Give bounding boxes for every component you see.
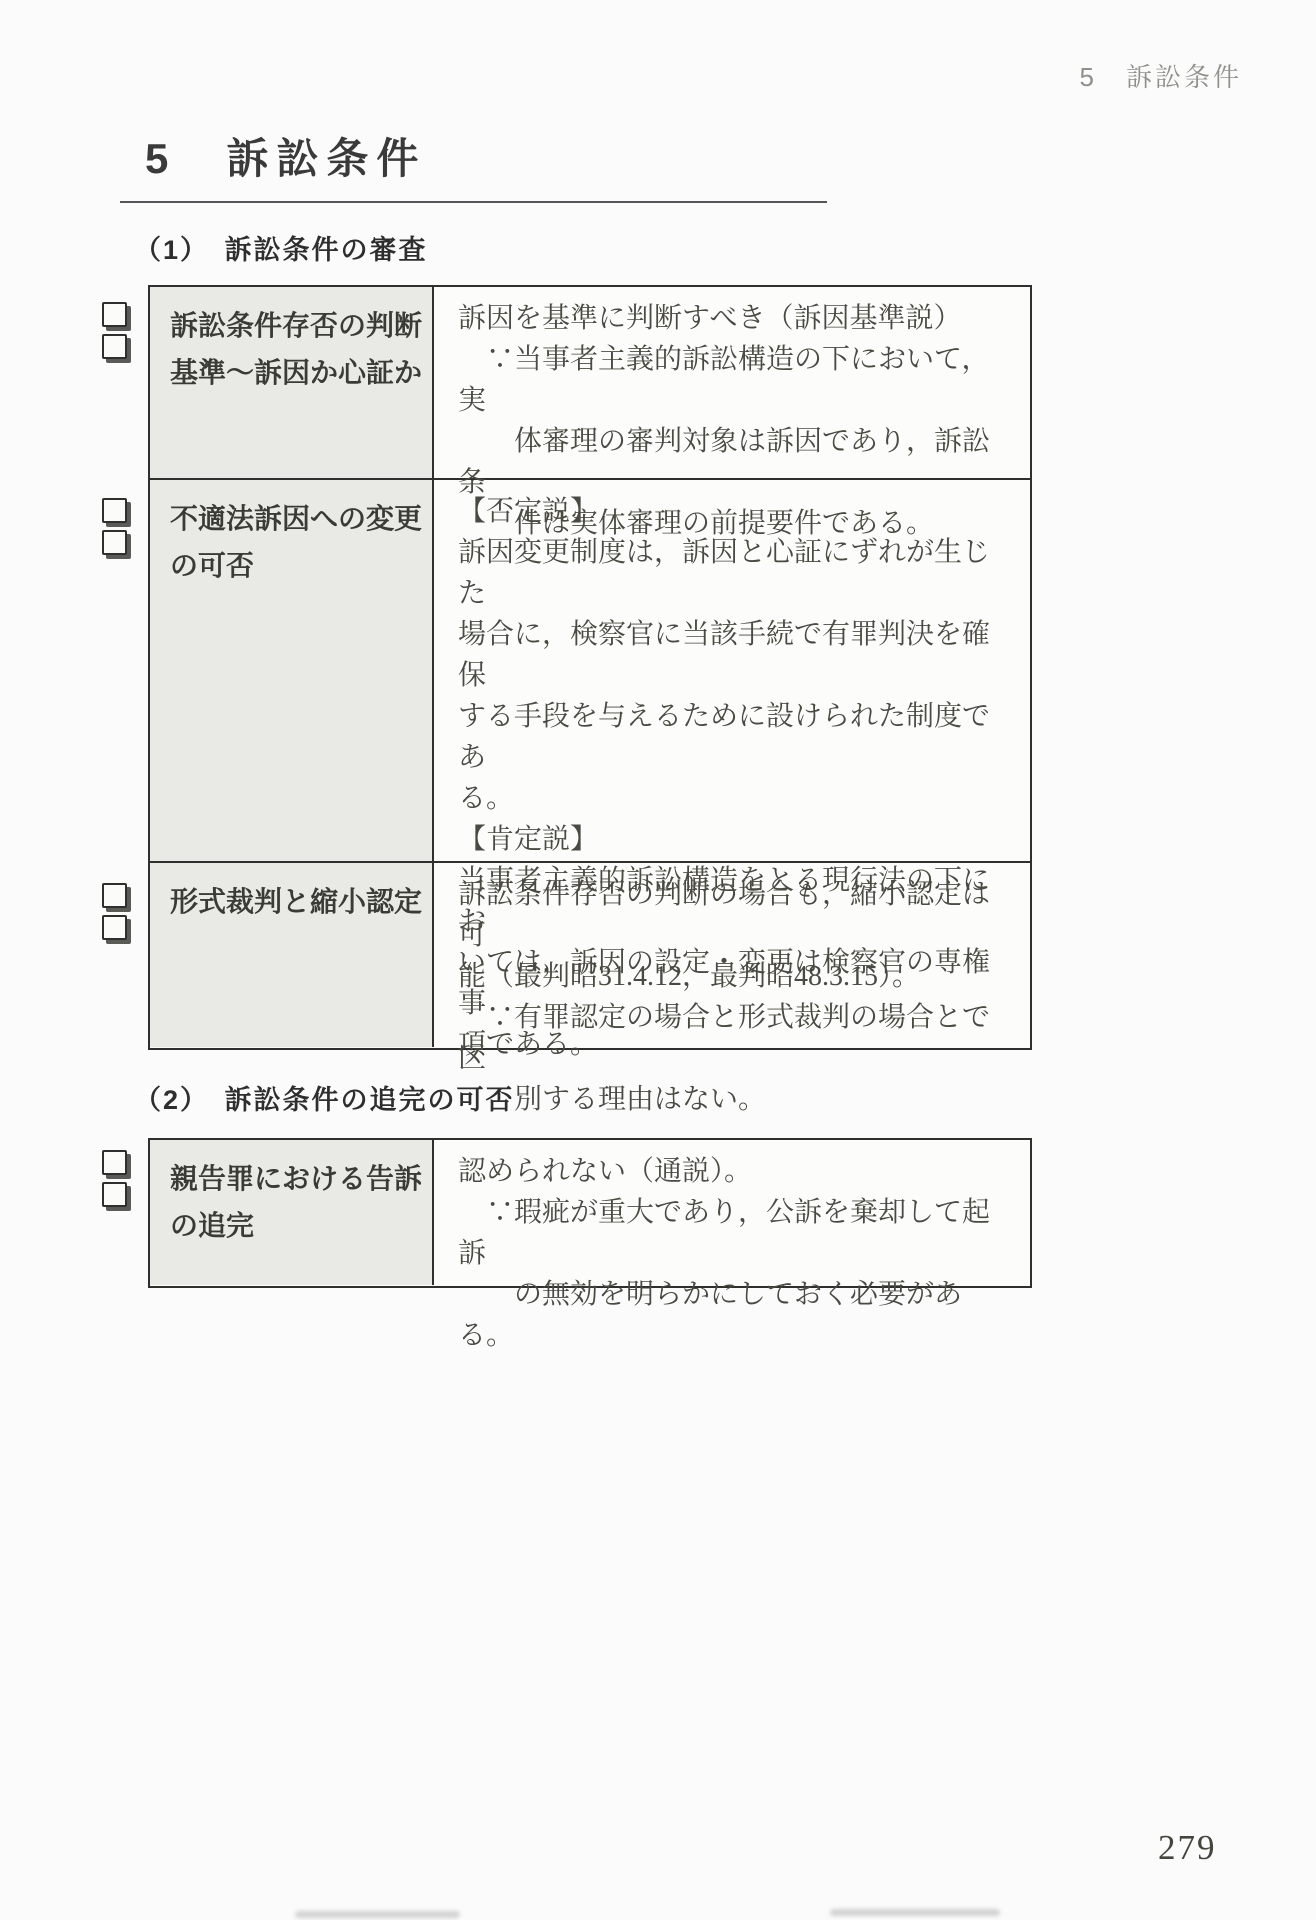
book-page: 5 訴訟条件 5 訴訟条件 （1） 訴訟条件の審査 訴訟条件存否の判断 基準～訴… — [0, 0, 1316, 1920]
supplement-table: 親告罪における告訴 の追完 認められない（通説）。 ∵瑕疵が重大であり，公訴を棄… — [148, 1138, 1032, 1288]
term-cell: 訴訟条件存否の判断 基準～訴因か心証か — [150, 287, 434, 478]
page-number: 279 — [1158, 1828, 1217, 1868]
body-line: 場合に，検察官に当該手続で有罪判決を確保 — [458, 614, 1016, 696]
body-cell: 訴訟条件存否の判断の場合も，縮小認定は可 能（最判昭31.4.12，最判昭48.… — [434, 863, 1030, 1048]
body-line: 訴因変更制度は，訴因と心証にずれが生じた — [458, 532, 1016, 614]
body-line: 【肯定説】 — [458, 819, 1016, 860]
title-underline — [120, 201, 827, 203]
body-cell: 【否定説】 訴因変更制度は，訴因と心証にずれが生じた 場合に，検察官に当該手続で… — [434, 480, 1030, 861]
term-line: の可否 — [170, 542, 424, 589]
body-line: 訴因を基準に判断すべき（訴因基準説） — [458, 298, 1016, 339]
checkbox-icon — [102, 1150, 127, 1175]
body-line: 認められない（通説）。 — [458, 1151, 1016, 1192]
body-line: ∵有罪認定の場合と形式裁判の場合とで区 — [458, 997, 1016, 1079]
table-row: 親告罪における告訴 の追完 認められない（通説）。 ∵瑕疵が重大であり，公訴を棄… — [150, 1140, 1030, 1285]
running-header: 5 訴訟条件 — [1080, 57, 1242, 94]
term-line: 基準～訴因か心証か — [170, 349, 424, 396]
section-1-heading: （1） 訴訟条件の審査 — [134, 228, 428, 267]
checkbox-icon — [102, 334, 127, 359]
body-line: る。 — [458, 778, 1016, 819]
section-2-heading: （2） 訴訟条件の追完の可否 — [134, 1078, 515, 1117]
table-row: 訴訟条件存否の判断 基準～訴因か心証か 訴因を基準に判断すべき（訴因基準説） ∵… — [150, 287, 1030, 478]
term-line: の追完 — [170, 1202, 424, 1249]
term-cell: 形式裁判と縮小認定 — [150, 863, 434, 1048]
page-title: 5 訴訟条件 — [145, 126, 426, 186]
term-line: 形式裁判と縮小認定 — [170, 878, 424, 925]
body-line: 別する理由はない。 — [458, 1079, 1016, 1120]
term-line: 親告罪における告訴 — [170, 1155, 424, 1202]
body-line: ∵当事者主義的訴訟構造の下において，実 — [458, 339, 1016, 421]
scan-edge-artifact — [830, 1909, 1000, 1916]
body-line: 訴訟条件存否の判断の場合も，縮小認定は可 — [458, 874, 1016, 956]
scan-edge-artifact — [295, 1911, 460, 1918]
checkbox-pair-row-1 — [102, 302, 136, 366]
body-line: 【否定説】 — [458, 491, 1016, 532]
review-table: 訴訟条件存否の判断 基準～訴因か心証か 訴因を基準に判断すべき（訴因基準説） ∵… — [148, 285, 1032, 1050]
body-line: ∵瑕疵が重大であり，公訴を棄却して起訴 — [458, 1192, 1016, 1274]
checkbox-icon — [102, 530, 127, 555]
checkbox-pair-row-2 — [102, 498, 136, 562]
checkbox-icon — [102, 302, 127, 327]
checkbox-icon — [102, 883, 127, 908]
body-line: の無効を明らかにしておく必要がある。 — [458, 1274, 1016, 1356]
checkbox-pair-row-3 — [102, 883, 136, 947]
body-line: 能（最判昭31.4.12，最判昭48.3.15）。 — [458, 956, 1016, 997]
term-line: 訴訟条件存否の判断 — [170, 302, 424, 349]
checkbox-pair-row-4 — [102, 1150, 136, 1214]
body-cell: 訴因を基準に判断すべき（訴因基準説） ∵当事者主義的訴訟構造の下において，実 体… — [434, 287, 1030, 478]
term-cell: 親告罪における告訴 の追完 — [150, 1140, 434, 1285]
body-cell: 認められない（通説）。 ∵瑕疵が重大であり，公訴を棄却して起訴 の無効を明らかに… — [434, 1140, 1030, 1285]
term-cell: 不適法訴因への変更 の可否 — [150, 480, 434, 861]
body-line: する手段を与えるために設けられた制度であ — [458, 696, 1016, 778]
table-row: 不適法訴因への変更 の可否 【否定説】 訴因変更制度は，訴因と心証にずれが生じた… — [150, 478, 1030, 861]
checkbox-icon — [102, 915, 127, 940]
term-line: 不適法訴因への変更 — [170, 495, 424, 542]
checkbox-icon — [102, 498, 127, 523]
checkbox-icon — [102, 1182, 127, 1207]
table-row: 形式裁判と縮小認定 訴訟条件存否の判断の場合も，縮小認定は可 能（最判昭31.4… — [150, 861, 1030, 1048]
